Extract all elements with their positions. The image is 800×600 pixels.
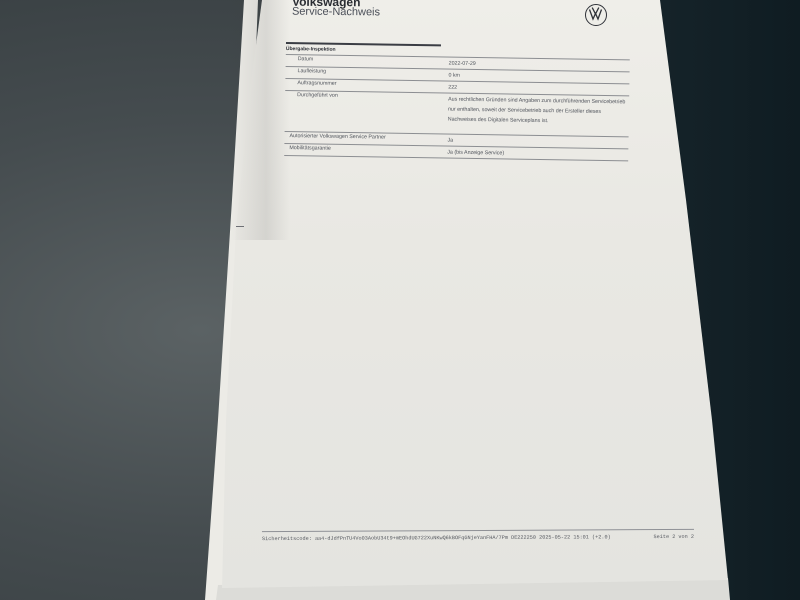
document-footer: Sicherheitscode: aa4-dJdfPnTU4Vo03AobU34… xyxy=(262,529,694,542)
fold-mark xyxy=(236,226,244,227)
document-title: Service-Nachweis xyxy=(292,6,380,19)
table-row-durchgefuehrt-von: Durchgeführt von Aus rechtlichen Gründen… xyxy=(285,90,630,136)
security-code: Sicherheitscode: aa4-dJdfPnTU4Vo03AobU34… xyxy=(262,534,654,542)
document-content: Volkswagen Service-Nachweis Übergabe-Ins… xyxy=(0,0,800,600)
page-number: Seite 2 von 2 xyxy=(654,534,695,540)
footer-line: Sicherheitscode: aa4-dJdfPnTU4Vo03AobU34… xyxy=(262,530,694,542)
vw-logo-icon xyxy=(585,4,607,26)
security-code-text: Sicherheitscode: aa4-dJdfPnTU4Vo03AobU34… xyxy=(262,535,508,542)
row-label: Durchgeführt von xyxy=(285,91,441,133)
inspection-table: Übergabe-Inspektion Datum 2022-07-29 Lau… xyxy=(284,42,630,162)
row-value: Aus rechtlichen Gründen sind Angaben zum… xyxy=(440,94,630,137)
footer-meta: DE222250 2025-05-22 15:01 (+2.0) xyxy=(511,534,611,541)
